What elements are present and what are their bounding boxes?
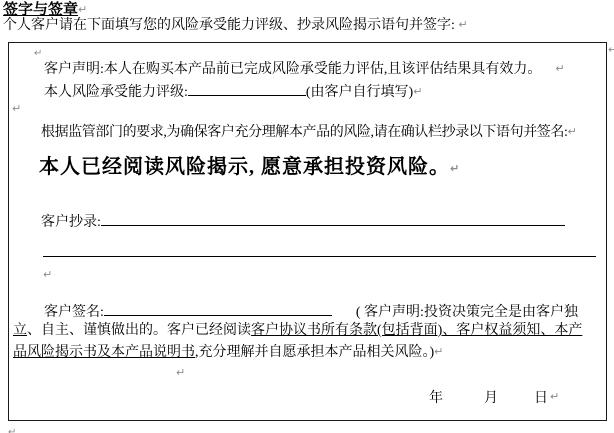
signature-note-underlined-docs-2: 品风险揭示书及本产品说明书: [13, 345, 195, 360]
paragraph-mark-icon: ↵: [8, 427, 16, 433]
signature-note-underlined-docs-1: 客户协议书所有条款(包括背面)、客户权益须知、本产: [251, 323, 582, 338]
document-page: 签字与签章↵ 个人客户请在下面填写您的风险承受能力评级、抄录风险揭示语句并签字:…: [0, 0, 614, 433]
instruction-line: 根据监管部门的要求,为确保客户充分理解本产品的风险,请在确认栏抄录以下语句并签名…: [41, 125, 576, 141]
date-year-label: 年: [429, 391, 443, 407]
intro-line: 个人客户请在下面填写您的风险承受能力评级、抄录风险揭示语句并签字: ↵: [3, 18, 468, 34]
client-signature-line: 客户签名:( 客户声明:投资决策完全是由客户独: [44, 301, 578, 321]
date-month-label: 月: [484, 391, 498, 407]
risk-rating-note: (由客户自行填写): [306, 85, 413, 100]
paragraph-mark-icon: ↵: [43, 269, 52, 282]
paragraph-mark-icon: ↵: [12, 103, 21, 116]
intro-text: 个人客户请在下面填写您的风险承受能力评级、抄录风险揭示语句并签字:: [3, 18, 455, 33]
paragraph-mark-icon: ↵: [568, 125, 577, 138]
paragraph-mark-icon: ↵: [176, 367, 185, 380]
signature-note-text-1: ( 客户声明:投资决策完全是由客户独: [356, 305, 578, 320]
risk-rating-label: 本人风险承受能力评级:: [44, 85, 188, 100]
paragraph-mark-icon: ↵: [550, 391, 559, 404]
paragraph-mark-icon: ↵: [458, 18, 467, 31]
paragraph-mark-icon: ↵: [555, 62, 564, 75]
client-signature-blank-field[interactable]: [104, 301, 332, 316]
paragraph-mark-icon: ↵: [34, 48, 42, 60]
client-copy-blank-field-1[interactable]: [101, 211, 565, 226]
risk-statement-text: 本人已经阅读风险揭示, 愿意承担投资风险。: [39, 156, 450, 178]
paragraph-mark-icon: ↵: [434, 345, 443, 358]
date-day-label: 日: [534, 391, 548, 407]
client-declaration-line: 客户声明:本人在购买本产品前已完成风险承受能力评估,且该评估结果具有效力。↵: [44, 62, 565, 78]
signature-note-line-2: 立、自主、谨慎做出的。客户已经阅读客户协议书所有条款(包括背面)、客户权益须知、…: [13, 323, 582, 339]
risk-rating-line: 本人风险承受能力评级:(由客户自行填写)↵: [44, 81, 422, 101]
client-copy-blank-field-2[interactable]: [43, 256, 596, 257]
signature-note-text-3: ,充分理解并自愿承担本产品相关风险。): [195, 345, 434, 360]
client-copy-line: 客户抄录:: [41, 211, 565, 231]
paragraph-mark-icon: ↵: [450, 162, 460, 175]
instruction-text: 根据监管部门的要求,为确保客户充分理解本产品的风险,请在确认栏抄录以下语句并签名…: [41, 125, 568, 140]
signature-note-underlined-li: 立: [13, 323, 27, 338]
client-copy-label: 客户抄录:: [41, 215, 101, 230]
signature-note-line-3: 品风险揭示书及本产品说明书,充分理解并自愿承担本产品相关风险。)↵: [13, 345, 443, 361]
signature-note-text-2: 、自主、谨慎做出的。客户已经阅读: [27, 323, 251, 338]
client-signature-label: 客户签名:: [44, 305, 104, 320]
risk-rating-blank-field[interactable]: [188, 81, 306, 96]
section-heading-text: 签字与签章: [3, 2, 78, 18]
risk-statement-line: 本人已经阅读风险揭示, 愿意承担投资风险。↵: [39, 156, 460, 179]
table-row-end-mark-icon: ↵: [608, 44, 614, 57]
paragraph-mark-icon: ↵: [413, 85, 422, 98]
client-declaration-text: 客户声明:本人在购买本产品前已完成风险承受能力评估,且该评估结果具有效力。: [44, 62, 541, 77]
section-heading: 签字与签章↵: [3, 2, 87, 19]
signature-form-box: ↵ 客户声明:本人在购买本产品前已完成风险承受能力评估,且该评估结果具有效力。↵…: [8, 42, 607, 421]
paragraph-mark-icon: ↵: [78, 3, 87, 16]
